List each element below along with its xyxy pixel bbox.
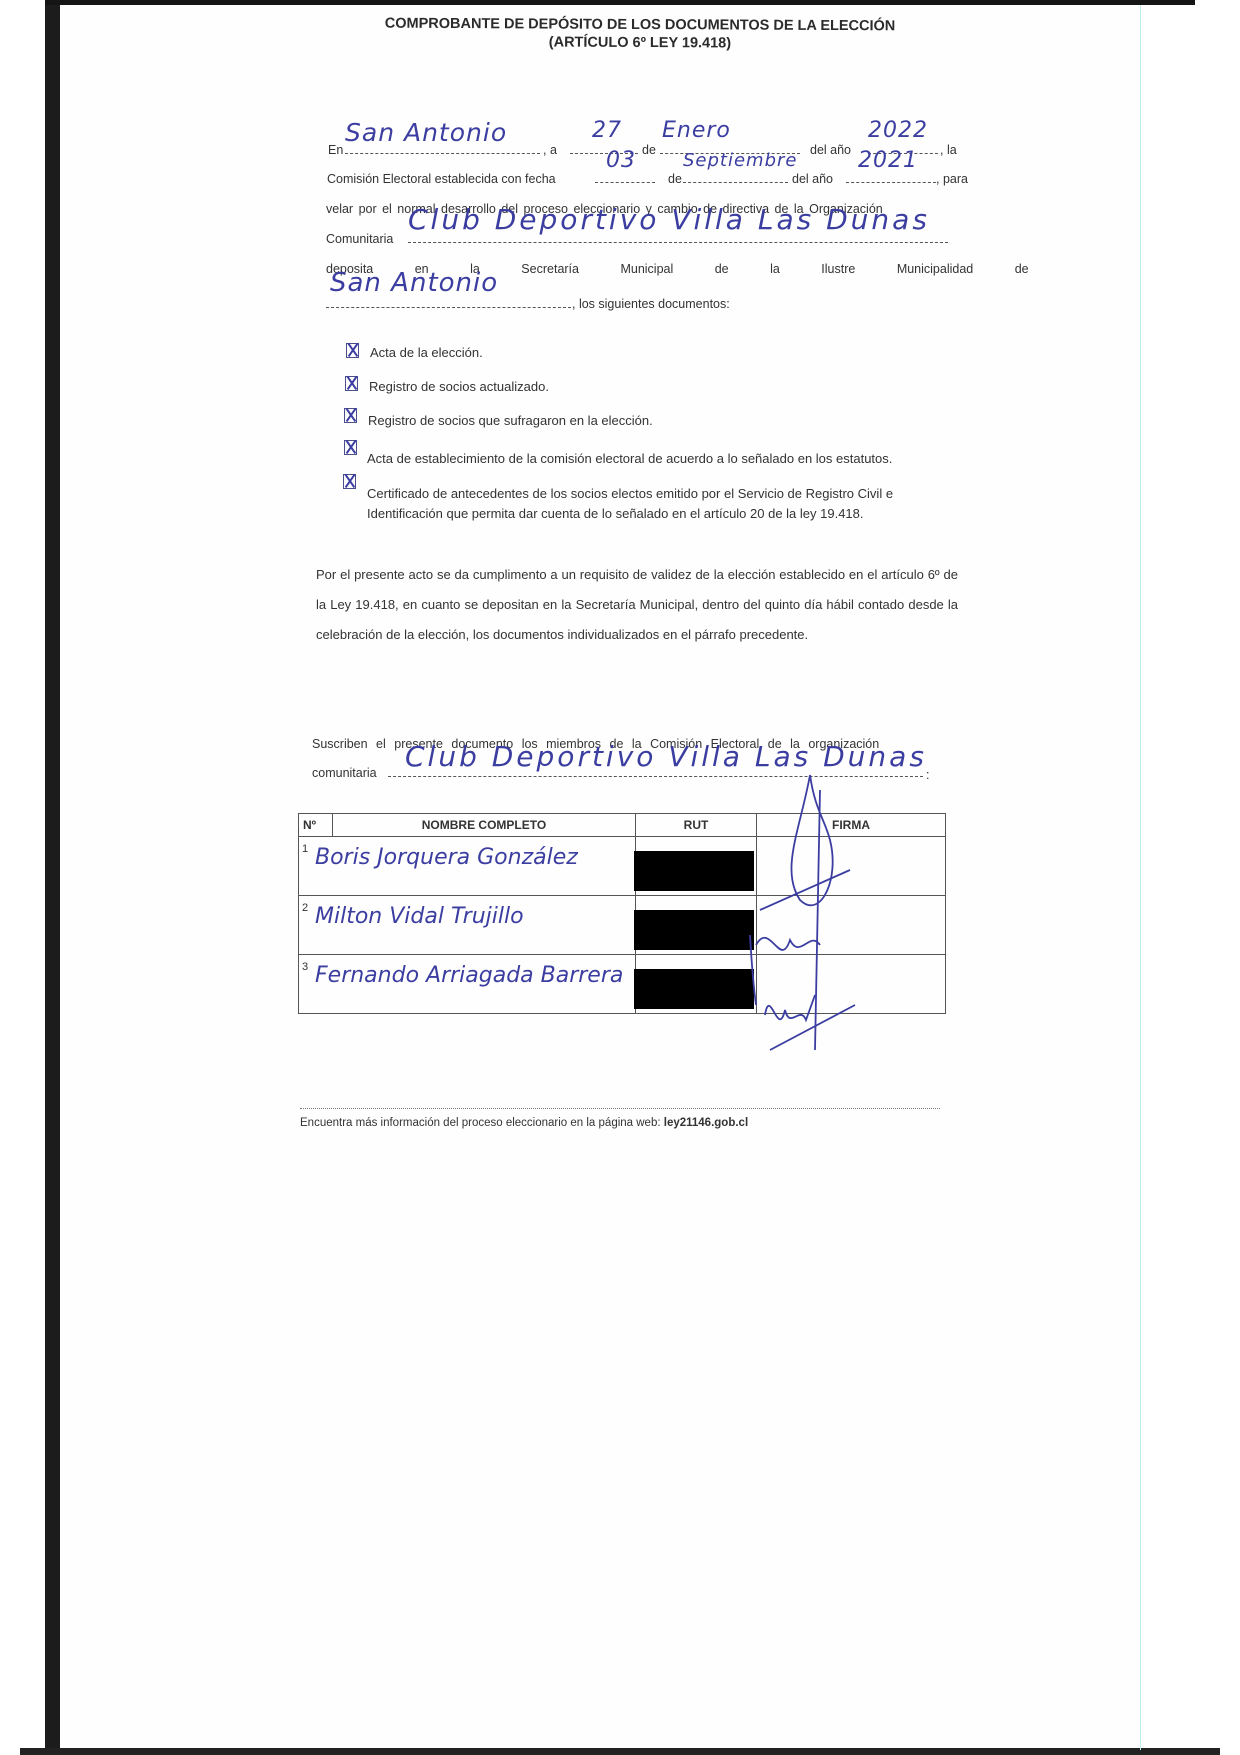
header-name: NOMBRE COMPLETO [333, 814, 636, 837]
year-field[interactable]: 2022 [868, 118, 928, 143]
para-label: , para [936, 172, 968, 186]
checklist-item: Certificado de antecedentes de los socio… [367, 486, 893, 501]
commission-year-field[interactable]: 2021 [858, 148, 918, 173]
footer-text: Encuentra más información del proceso el… [300, 1117, 661, 1129]
municipality-underline [326, 297, 571, 311]
row-number: 2 [302, 902, 308, 914]
en-label: En [328, 143, 343, 157]
header-num: Nº [299, 814, 333, 837]
checklist-item: Acta de establecimiento de la comisión e… [367, 451, 892, 466]
scan-border-left [45, 0, 60, 1755]
checklist-item: Acta de la elección. [370, 345, 483, 360]
row-number: 1 [302, 843, 308, 855]
a-label: , a [543, 143, 557, 157]
checklist-item: Registro de socios que sufragaron en la … [368, 413, 653, 428]
rut-cell [636, 955, 757, 1014]
checkbox-checked-icon[interactable] [344, 408, 357, 423]
legal-paragraph: Por el presente acto se da cumplimento a… [316, 560, 958, 650]
member-name[interactable]: Milton Vidal Trujillo [315, 904, 524, 929]
header-rut: RUT [636, 814, 757, 837]
siguientes-text: , los siguientes documentos: [572, 297, 730, 311]
comunitaria-label: Comunitaria [326, 232, 393, 246]
organization-field[interactable]: Club Deportivo Villa Las Dunas [408, 203, 930, 236]
scan-edge-line [1140, 5, 1141, 1750]
commission-day-underline [595, 172, 655, 186]
commission-month-underline [683, 172, 788, 186]
commission-day-field[interactable]: 03 [606, 148, 636, 173]
checklist-item-continued: Identificación que permita dar cuenta de… [367, 506, 864, 521]
name-cell: 2 Milton Vidal Trujillo [299, 896, 636, 955]
del-ano-label: del año [810, 143, 851, 157]
member-name[interactable]: Fernando Arriagada Barrera [315, 963, 623, 988]
commission-del-ano-label: del año [792, 172, 833, 186]
checkbox-checked-icon[interactable] [345, 376, 358, 391]
document-title: COMPROBANTE DE DEPÓSITO DE LOS DOCUMENTO… [340, 14, 940, 53]
month-field[interactable]: Enero [662, 118, 731, 143]
rut-cell [636, 837, 757, 896]
day-field[interactable]: 27 [592, 118, 622, 143]
name-cell: 3 Fernando Arriagada Barrera [299, 955, 636, 1014]
member-name[interactable]: Boris Jorquera González [315, 845, 578, 870]
checklist-item: Registro de socios actualizado. [369, 379, 549, 394]
commission-year-underline [846, 172, 936, 186]
checkbox-checked-icon[interactable] [343, 474, 356, 489]
commission-text: Comisión Electoral establecida con fecha [327, 172, 556, 186]
subscribe-end: : [926, 768, 929, 782]
scan-border-bottom [20, 1748, 1220, 1755]
commission-month-field[interactable]: Septiembre [683, 150, 798, 171]
la-label: , la [940, 143, 957, 157]
rut-cell [636, 896, 757, 955]
scan-margin [0, 0, 45, 1755]
name-cell: 1 Boris Jorquera González [299, 837, 636, 896]
footer-info: Encuentra más información del proceso el… [300, 1117, 748, 1129]
title-line-1: COMPROBANTE DE DEPÓSITO DE LOS DOCUMENTO… [340, 14, 940, 35]
redacted-rut [634, 969, 754, 1009]
checkbox-checked-icon[interactable] [346, 343, 359, 358]
title-line-2: (ARTÍCULO 6º LEY 19.418) [340, 32, 940, 53]
commission-de-label: de [668, 172, 682, 186]
redacted-rut [634, 851, 754, 891]
redacted-rut [634, 910, 754, 950]
footer-link[interactable]: ley21146.gob.cl [664, 1117, 748, 1129]
signature-scribble-icon [740, 770, 880, 1070]
footer-divider [300, 1108, 940, 1109]
row-number: 3 [302, 961, 308, 973]
municipality-field[interactable]: San Antonio [330, 268, 498, 298]
checkbox-checked-icon[interactable] [344, 440, 357, 455]
de-label: de [642, 143, 656, 157]
subscribe-comunitaria-label: comunitaria [312, 766, 377, 780]
place-field[interactable]: San Antonio [345, 118, 507, 147]
subscribe-organization-field[interactable]: Club Deportivo Villa Las Dunas [405, 740, 927, 773]
